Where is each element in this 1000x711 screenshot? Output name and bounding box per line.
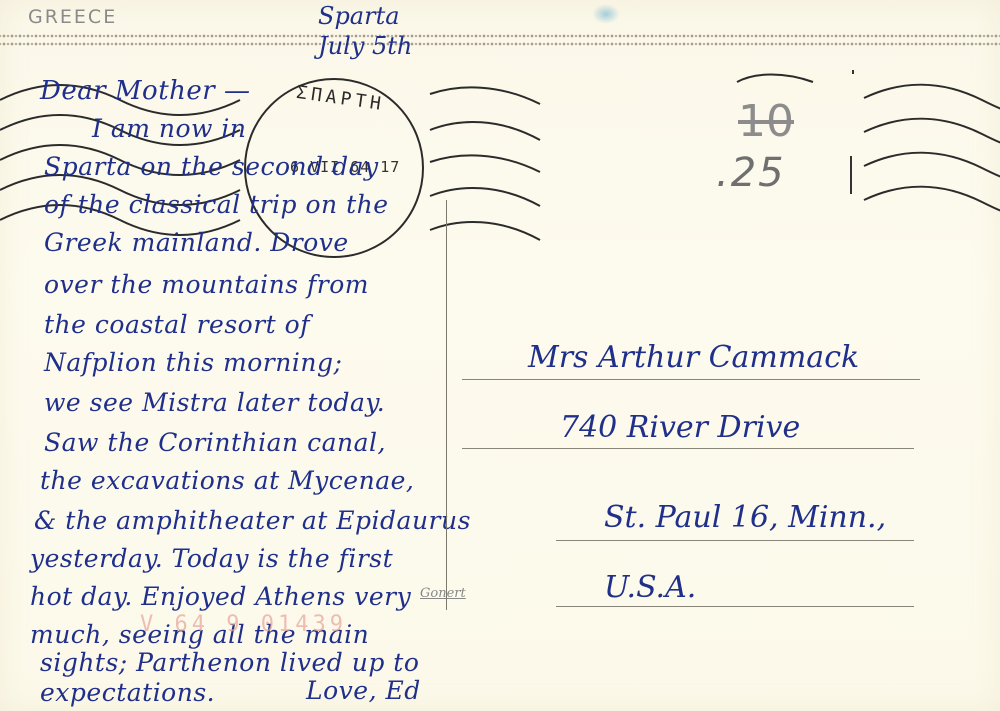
- message-line: I am now in: [92, 114, 246, 143]
- message-line: sights; Parthenon lived up to: [40, 648, 419, 677]
- address-line-street: 740 River Drive: [560, 410, 800, 445]
- pencil-signature: Gonert: [420, 586, 466, 601]
- address-line-country: U.S.A.: [604, 570, 696, 605]
- address-rule: [462, 379, 920, 380]
- message-line: Nafplion this morning;: [44, 348, 342, 377]
- message-line: the excavations at Mycenae,: [40, 466, 414, 495]
- message-line: the coastal resort of: [44, 310, 310, 339]
- place-label: Sparta: [318, 2, 400, 30]
- original-price: 10: [738, 96, 794, 147]
- postcard-back: GREECE Sparta July 5th: [0, 0, 1000, 711]
- perforation-strip: [0, 30, 1000, 48]
- address-line-city: St. Paul 16, Minn.,: [604, 500, 886, 535]
- message-line: of the classical trip on the: [44, 190, 389, 219]
- message-line: over the mountains from: [44, 270, 369, 299]
- message-line: Saw the Corinthian canal,: [44, 428, 386, 457]
- stamp-tick: [850, 156, 852, 194]
- message-line: Greek mainland. Drove: [44, 228, 349, 257]
- center-divider: [446, 200, 447, 610]
- address-line-name: Mrs Arthur Cammack: [528, 340, 859, 375]
- ink-stain: [592, 4, 620, 24]
- signoff: Love, Ed: [306, 676, 421, 705]
- address-rule: [462, 448, 914, 449]
- message-line: expectations.: [40, 678, 215, 707]
- message-line: we see Mistra later today.: [44, 388, 385, 417]
- date-label: July 5th: [318, 32, 412, 60]
- address-rule: [556, 606, 914, 607]
- message-line: yesterday. Today is the first: [30, 544, 393, 573]
- message-line: hot day. Enjoyed Athens very: [30, 582, 411, 611]
- new-price: .25: [716, 150, 786, 196]
- message-line: & the amphitheater at Epidaurus: [34, 506, 471, 535]
- stamp-tick: [852, 70, 854, 74]
- faint-red-stamp: V 64 9 01439: [140, 612, 347, 637]
- corner-note: GREECE: [28, 6, 117, 28]
- salutation: Dear Mother —: [40, 76, 250, 106]
- message-line: Sparta on the second day: [44, 152, 379, 181]
- address-rule: [556, 540, 914, 541]
